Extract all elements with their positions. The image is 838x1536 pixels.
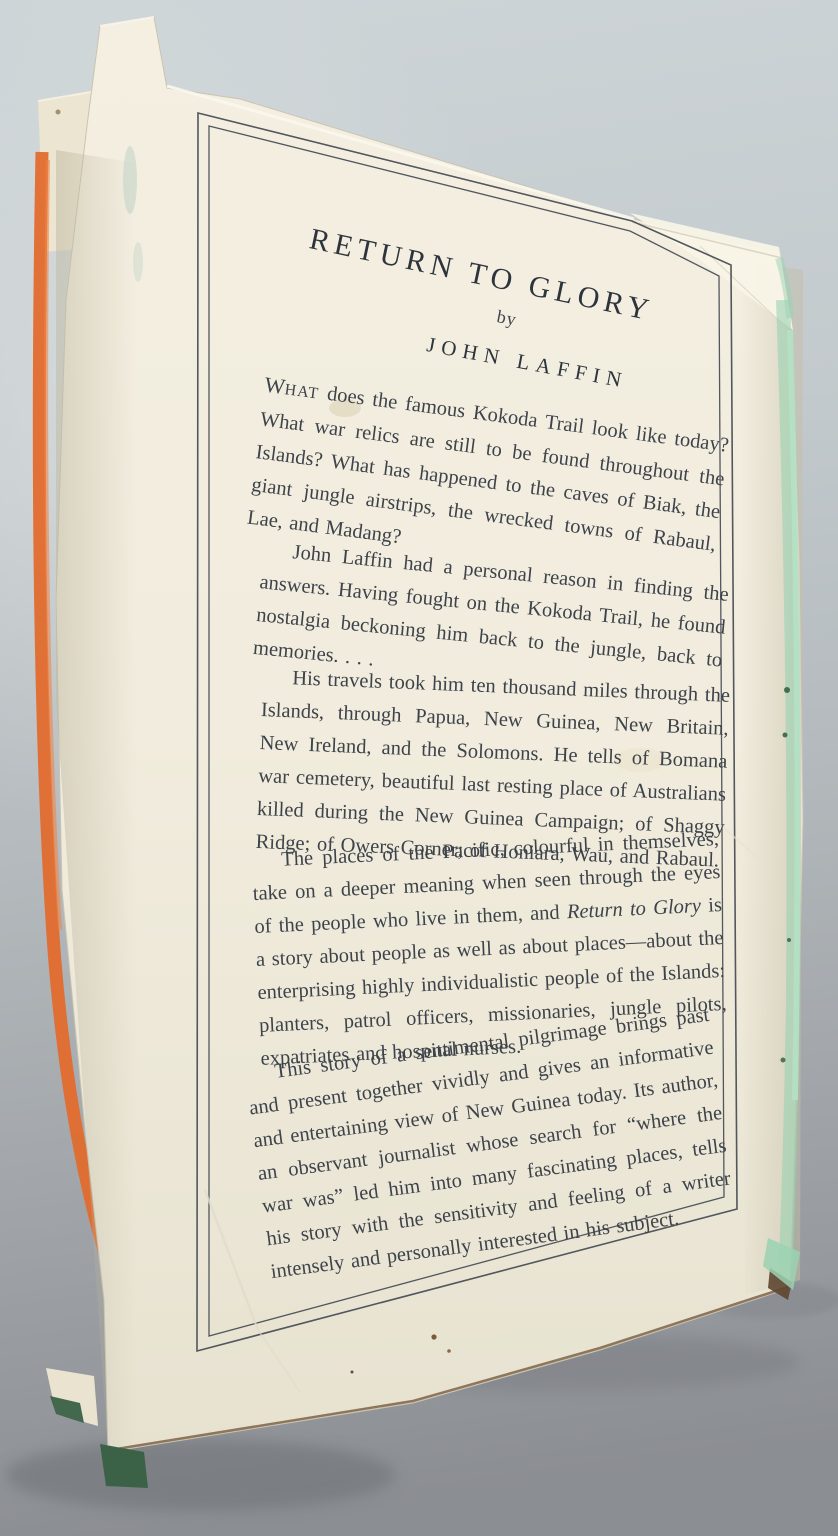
book-photo: RETURN TO GLORY by JOHN LAFFIN WHAT does… xyxy=(0,0,838,1536)
byline: by xyxy=(495,306,519,330)
paragraph-text: The places of the Pacific, colourful in … xyxy=(252,828,721,938)
smallcaps-rest: HAT xyxy=(284,381,321,402)
book-title-italic: Return to Glory xyxy=(566,895,701,923)
spine-fold-shading xyxy=(56,150,180,1452)
